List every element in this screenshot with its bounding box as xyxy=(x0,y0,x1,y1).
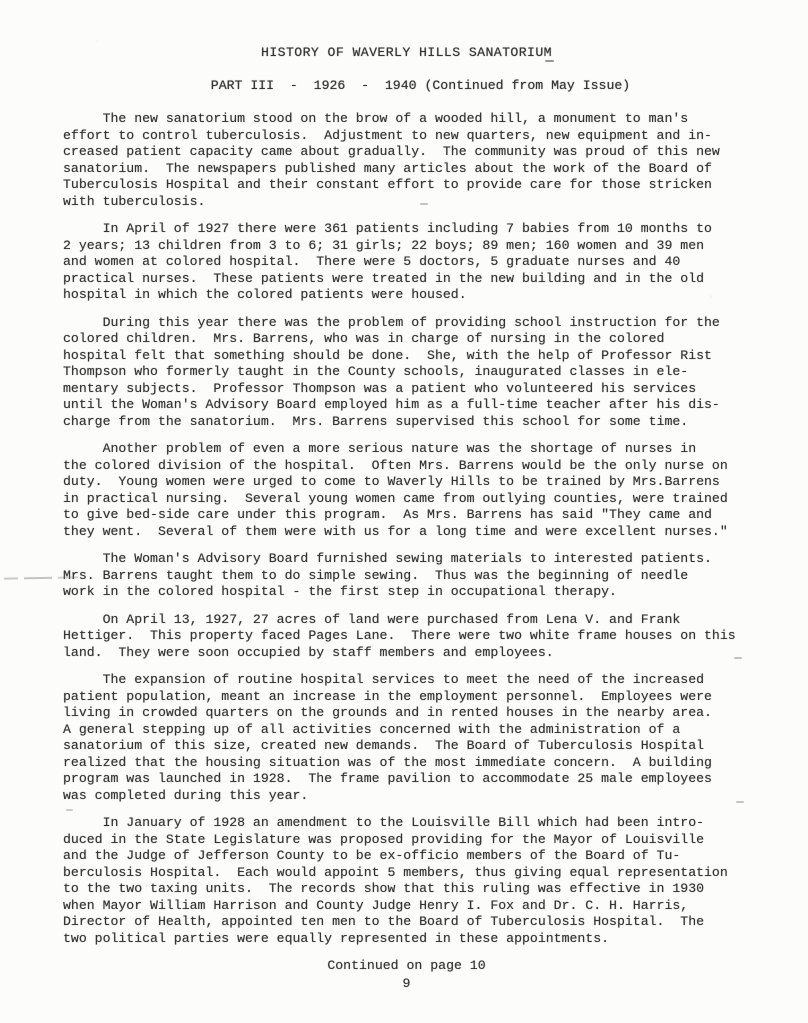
document-subtitle: PART III - 1926 - 1940 (Continued from M… xyxy=(77,77,764,94)
document-title: HISTORY OF WAVERLY HILLS SANATORIUM xyxy=(63,44,750,61)
smudge-mark xyxy=(734,657,742,659)
smudge-mark xyxy=(736,801,744,803)
page-footer: Continued on page 10 9 xyxy=(63,958,750,992)
scanned-document-page: HISTORY OF WAVERLY HILLS SANATORIUM PART… xyxy=(0,0,808,1023)
page-number: 9 xyxy=(63,976,750,993)
document-body: The new sanatorium stood on the brow of … xyxy=(63,111,750,947)
smudge-mark xyxy=(66,809,73,811)
smudge-mark xyxy=(420,203,428,205)
paragraph-6: On April 13, 1927, 27 acres of land were… xyxy=(63,612,750,662)
paragraph-1: The new sanatorium stood on the brow of … xyxy=(63,111,750,210)
paragraph-3: During this year there was the problem o… xyxy=(63,315,750,431)
smudge-mark xyxy=(545,60,554,62)
paragraph-4: Another problem of even a more serious n… xyxy=(63,441,750,540)
paragraph-5: The Woman's Advisory Board furnished sew… xyxy=(63,551,750,601)
paragraph-2: In April of 1927 there were 361 patients… xyxy=(63,221,750,304)
paragraph-8: In January of 1928 an amendment to the L… xyxy=(63,815,750,947)
paragraph-7: The expansion of routine hospital servic… xyxy=(63,672,750,804)
continued-note: Continued on page 10 xyxy=(63,958,750,975)
